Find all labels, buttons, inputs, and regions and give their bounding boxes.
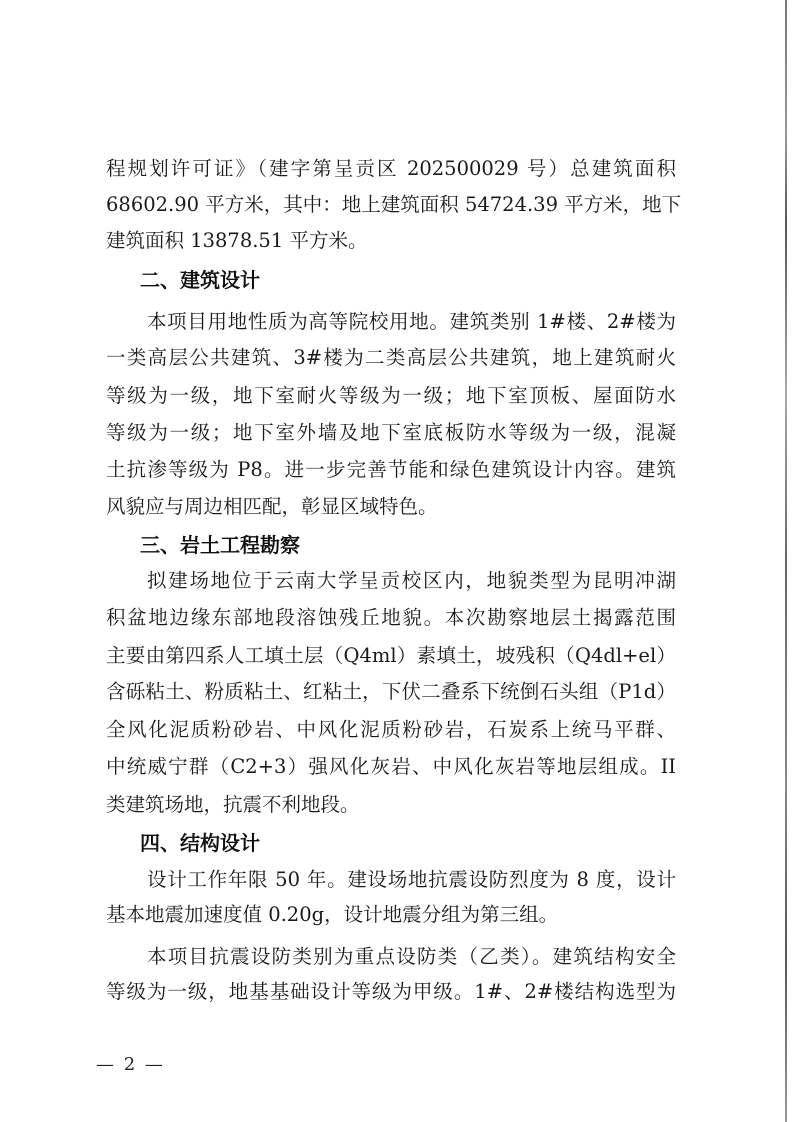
body-line: 等级为一级；地下室外墙及地下室底板防水等级为一级，混凝 bbox=[106, 418, 676, 448]
body-line: 本项目用地性质为高等院校用地。建筑类别 1#楼、2#楼为 bbox=[147, 307, 676, 337]
body-line: 类建筑场地，抗震不利地段。 bbox=[106, 790, 676, 820]
body-line: 基本地震加速度值 0.20g，设计地震分组为第三组。 bbox=[106, 900, 676, 930]
body-line: 拟建场地位于云南大学呈贡校区内，地貌类型为昆明冲湖 bbox=[147, 566, 676, 596]
body-line: 程规划许可证》（建字第呈贡区 202500029 号）总建筑面积 bbox=[106, 154, 676, 184]
body-line: 中统威宁群（C2+3）强风化灰岩、中风化灰岩等地层组成。II bbox=[106, 752, 676, 782]
body-line: 含砾粘土、粉质粘土、红粘土，下伏二叠系下统倒石头组（P1d） bbox=[106, 677, 676, 707]
section-heading-structure: 四、结构设计 bbox=[140, 828, 260, 858]
page-number: — 2 — bbox=[96, 1052, 165, 1078]
document-page: 程规划许可证》（建字第呈贡区 202500029 号）总建筑面积 68602.9… bbox=[0, 0, 794, 1122]
section-heading-architecture: 二、建筑设计 bbox=[140, 265, 260, 295]
scan-edge-line bbox=[785, 0, 787, 1122]
body-line: 本项目抗震设防类别为重点设防类（乙类）。建筑结构安全 bbox=[147, 942, 676, 972]
body-line: 主要由第四系人工填土层（Q4ml）素填土，坡残积（Q4dl+el） bbox=[106, 641, 676, 671]
body-line: 风貌应与周边相匹配，彰显区域特色。 bbox=[106, 492, 676, 522]
body-line: 68602.90 平方米，其中：地上建筑面积 54724.39 平方米，地下 bbox=[106, 190, 676, 220]
body-line: 一类高层公共建筑、3#楼为二类高层公共建筑，地上建筑耐火 bbox=[106, 343, 676, 373]
body-line: 等级为一级，地基基础设计等级为甲级。1#、2#楼结构选型为 bbox=[106, 977, 676, 1007]
section-heading-geotechnical: 三、岩土工程勘察 bbox=[140, 530, 300, 560]
body-line: 设计工作年限 50 年。建设场地抗震设防烈度为 8 度，设计 bbox=[147, 865, 676, 895]
body-line: 全风化泥质粉砂岩、中风化泥质粉砂岩，石炭系上统马平群、 bbox=[106, 715, 676, 745]
body-line: 等级为一级，地下室耐火等级为一级；地下室顶板、屋面防水 bbox=[106, 381, 676, 411]
body-line: 积盆地边缘东部地段溶蚀残丘地貌。本次勘察地层土揭露范围 bbox=[106, 603, 676, 633]
body-line: 土抗渗等级为 P8。进一步完善节能和绿色建筑设计内容。建筑 bbox=[106, 455, 676, 485]
body-line: 建筑面积 13878.51 平方米。 bbox=[106, 226, 676, 256]
